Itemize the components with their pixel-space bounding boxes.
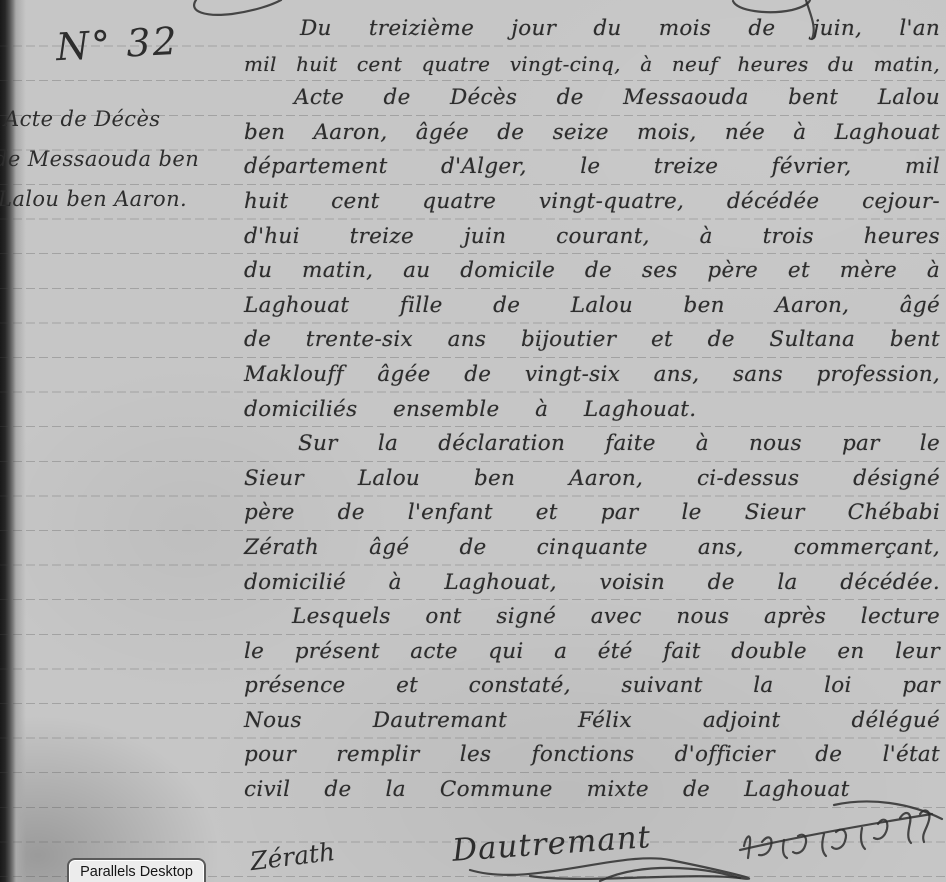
act-line: père de l'enfant et par le Sieur Chébabi xyxy=(244,496,940,531)
act-line: domicilié à Laghouat, voisin de la décéd… xyxy=(244,566,940,601)
parallels-desktop-badge-label: Parallels Desktop xyxy=(80,864,193,880)
act-line: Laghouat fille de Lalou ben Aaron, âgé xyxy=(244,289,940,324)
act-line: Zérath âgé de cinquante ans, commerçant, xyxy=(244,531,940,566)
act-line: présence et constaté, suivant la loi par xyxy=(244,669,940,704)
act-line: département d'Alger, le treize février, … xyxy=(244,150,940,185)
act-line: mil huit cent quatre vingt-cinq, à neuf … xyxy=(244,47,940,82)
act-line: le présent acte qui a été fait double en… xyxy=(244,635,940,670)
act-line: Lesquels ont signé avec nous après lectu… xyxy=(244,600,940,635)
margin-annotation-line: de Messaouda ben xyxy=(0,139,238,179)
act-line: pour remplir les fonctions d'officier de… xyxy=(244,738,940,773)
act-line: Nous Dautremant Félix adjoint délégué xyxy=(244,704,940,739)
margin-annotation-line: Lalou ben Aaron. xyxy=(0,179,238,219)
act-number: N° 32 xyxy=(55,19,180,69)
act-line: Maklouff âgée de vingt-six ans, sans pro… xyxy=(244,358,940,393)
parallels-desktop-badge[interactable]: Parallels Desktop xyxy=(67,858,206,882)
parallels-vm-screen: { "margin": { "act_number": "N° 32", "no… xyxy=(0,0,946,882)
act-text: Du treizième jour du mois de juin, l'an … xyxy=(244,12,940,808)
act-line: d'hui treize juin courant, à trois heure… xyxy=(244,220,940,255)
act-line: Du treizième jour du mois de juin, l'an xyxy=(244,12,940,47)
margin-annotation-line: Acte de Décès xyxy=(4,99,238,139)
act-line: de trente-six ans bijoutier et de Sultan… xyxy=(244,323,940,358)
act-line: Sur la déclaration faite à nous par le xyxy=(244,427,940,462)
act-line: huit cent quatre vingt-quatre, décédée c… xyxy=(244,185,940,220)
act-line: du matin, au domicile de ses père et mèr… xyxy=(244,254,940,289)
act-line: civil de la Commune mixte de Laghouat xyxy=(244,773,850,808)
act-line: Sieur Lalou ben Aaron, ci-dessus désigné xyxy=(244,462,940,497)
margin-annotation: Acte de Décès de Messaouda ben Lalou ben… xyxy=(0,99,238,219)
act-line: Acte de Décès de Messaouda bent Lalou xyxy=(244,81,940,116)
act-line: ben Aaron, âgée de seize mois, née à Lag… xyxy=(244,116,940,151)
act-line: domiciliés ensemble à Laghouat. xyxy=(244,393,696,428)
